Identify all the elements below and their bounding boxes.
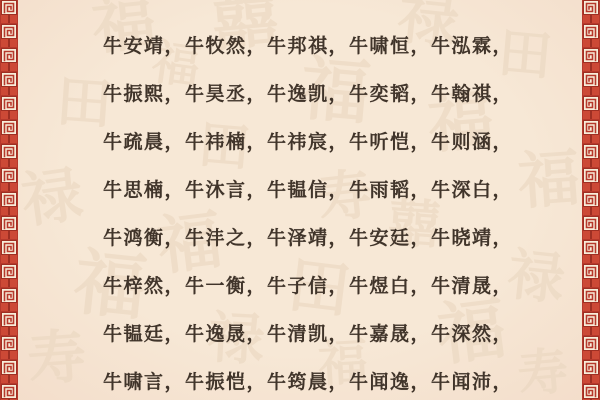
right-fret-border-icon	[582, 0, 600, 400]
name-row: 牛梓然，牛一衡，牛子信，牛煜白，牛清晟，	[103, 263, 513, 311]
page: 福田禄福寿福囍田福禄福寿田福禄福囍福田福禄寿 牛安靖，牛牧然	[0, 0, 600, 400]
watermark-glyph: 禄	[505, 247, 567, 309]
watermark-glyph: 禄	[18, 164, 86, 232]
names-list: 牛安靖，牛牧然，牛邦祺，牛啸恒，牛泓霖， 牛振熙，牛昊丞，牛逸凯，牛奕韬，牛翰祺…	[103, 23, 513, 400]
name-row: 牛鸿衡，牛沣之，牛泽靖，牛安廷，牛晓靖，	[103, 215, 513, 263]
watermark-glyph: 寿	[516, 346, 570, 400]
name-row: 牛安靖，牛牧然，牛邦祺，牛啸恒，牛泓霖，	[103, 23, 513, 71]
name-row: 牛振熙，牛昊丞，牛逸凯，牛奕韬，牛翰祺，	[103, 71, 513, 119]
left-fret-border-icon	[0, 0, 18, 400]
watermark-glyph: 寿	[26, 328, 88, 390]
name-row: 牛韫廷，牛逸晟，牛清凯，牛嘉晟，牛深然，	[103, 311, 513, 359]
name-row: 牛思楠，牛沐言，牛韫信，牛雨韬，牛深白，	[103, 167, 513, 215]
watermark-glyph: 福	[516, 148, 582, 214]
name-row: 牛疏晨，牛祎楠，牛祎宸，牛听恺，牛则涵，	[103, 119, 513, 167]
name-row: 牛啸言，牛振恺，牛筠晨，牛闻逸，牛闻沛，	[103, 359, 513, 400]
